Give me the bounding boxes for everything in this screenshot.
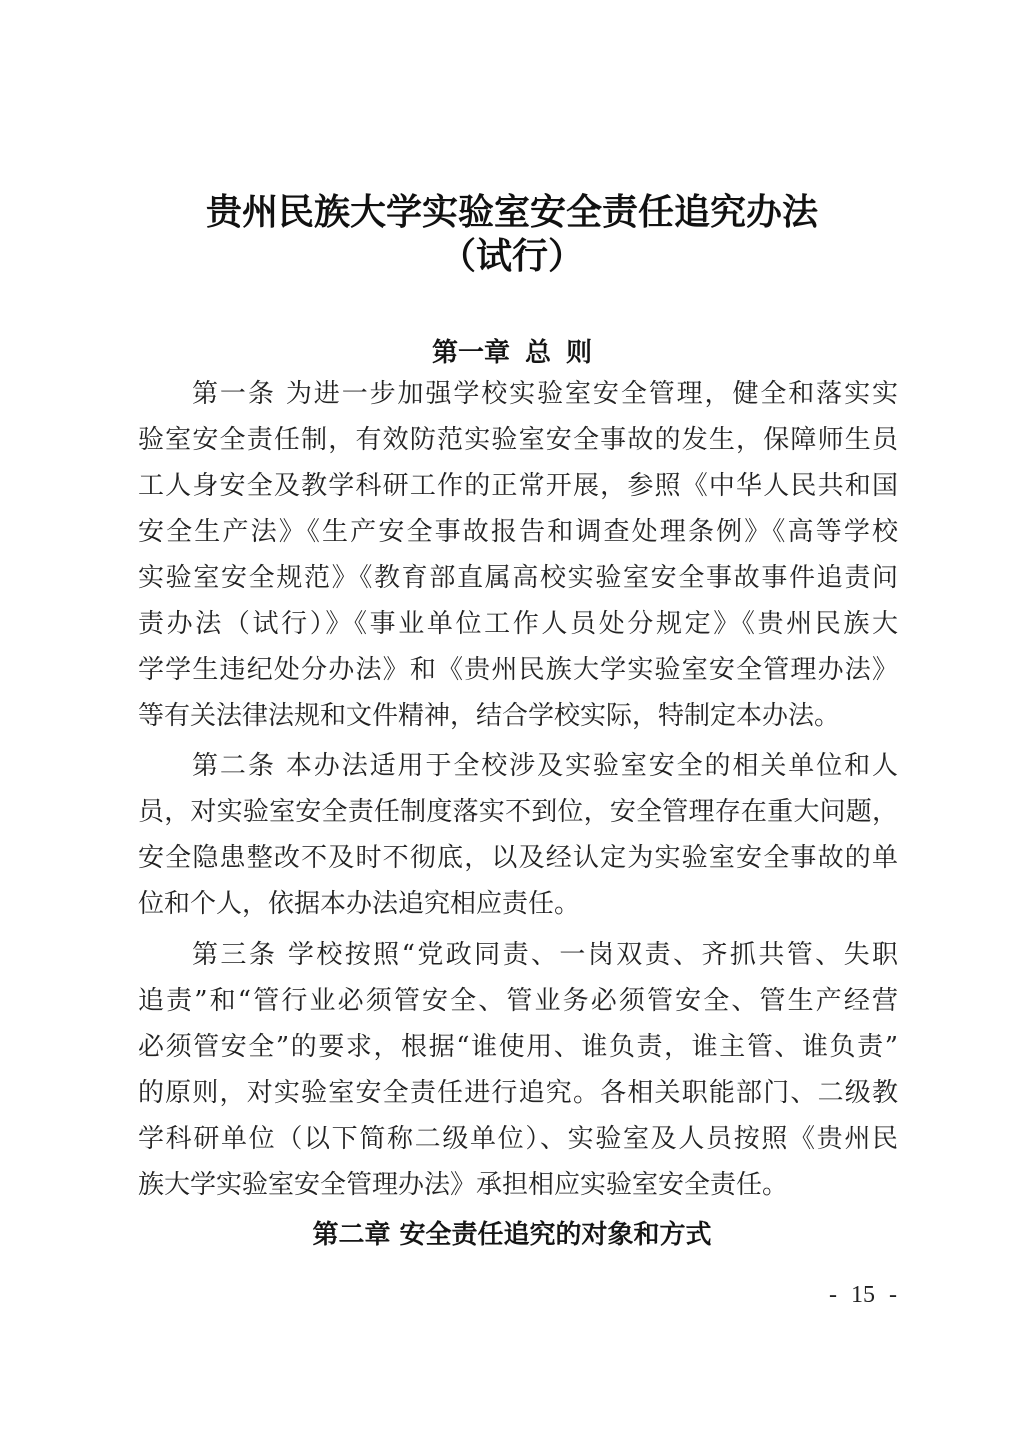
article-1-line: 实验室安全规范》《教育部直属高校实验室安全事故事件追责问 xyxy=(138,562,898,594)
document-page: 贵州民族大学实验室安全责任追究办法 （试行） 第一章 总 则 第一条 为进一步加… xyxy=(0,0,1024,1448)
document-subtitle: （试行） xyxy=(0,228,1024,279)
chapter-2-heading: 第二章 安全责任追究的对象和方式 xyxy=(0,1214,1024,1251)
article-1-line: 工人身安全及教学科研工作的正常开展，参照《中华人民共和国 xyxy=(138,470,898,502)
article-3-line: 学科研单位（以下简称二级单位）、实验室及人员按照《贵州民 xyxy=(138,1123,898,1155)
article-3-line: 族大学实验室安全管理办法》承担相应实验室安全责任。 xyxy=(138,1169,898,1201)
article-1-line: 第一条 为进一步加强学校实验室安全管理，健全和落实实 xyxy=(192,378,898,410)
article-3-line: 追责”和“管行业必须管安全、管业务必须管安全、管生产经营 xyxy=(138,985,898,1017)
article-1-line: 验室安全责任制，有效防范实验室安全事故的发生，保障师生员 xyxy=(138,424,898,456)
article-2-line: 员，对实验室安全责任制度落实不到位，安全管理存在重大问题， xyxy=(138,796,898,828)
article-3-line: 第三条 学校按照“党政同责、一岗双责、齐抓共管、失职 xyxy=(192,939,898,971)
article-2-line: 安全隐患整改不及时不彻底，以及经认定为实验室安全事故的单 xyxy=(138,842,898,874)
article-1-line: 学学生违纪处分办法》和《贵州民族大学实验室安全管理办法》 xyxy=(138,654,898,686)
article-2-line: 位和个人，依据本办法追究相应责任。 xyxy=(138,888,898,920)
article-1-line: 等有关法律法规和文件精神，结合学校实际，特制定本办法。 xyxy=(138,700,898,732)
page-number: - 15 - xyxy=(818,1282,908,1309)
article-3-line: 的原则，对实验室安全责任进行追究。各相关职能部门、二级教 xyxy=(138,1077,898,1109)
chapter-1-heading: 第一章 总 则 xyxy=(0,332,1024,369)
article-3-line: 必须管安全”的要求，根据“谁使用、谁负责，谁主管、谁负责” xyxy=(138,1031,898,1063)
article-2-line: 第二条 本办法适用于全校涉及实验室安全的相关单位和人 xyxy=(192,750,898,782)
article-1-line: 责办法（试行）》《事业单位工作人员处分规定》《贵州民族大 xyxy=(138,608,898,640)
article-1-line: 安全生产法》《生产安全事故报告和调查处理条例》《高等学校 xyxy=(138,516,898,548)
